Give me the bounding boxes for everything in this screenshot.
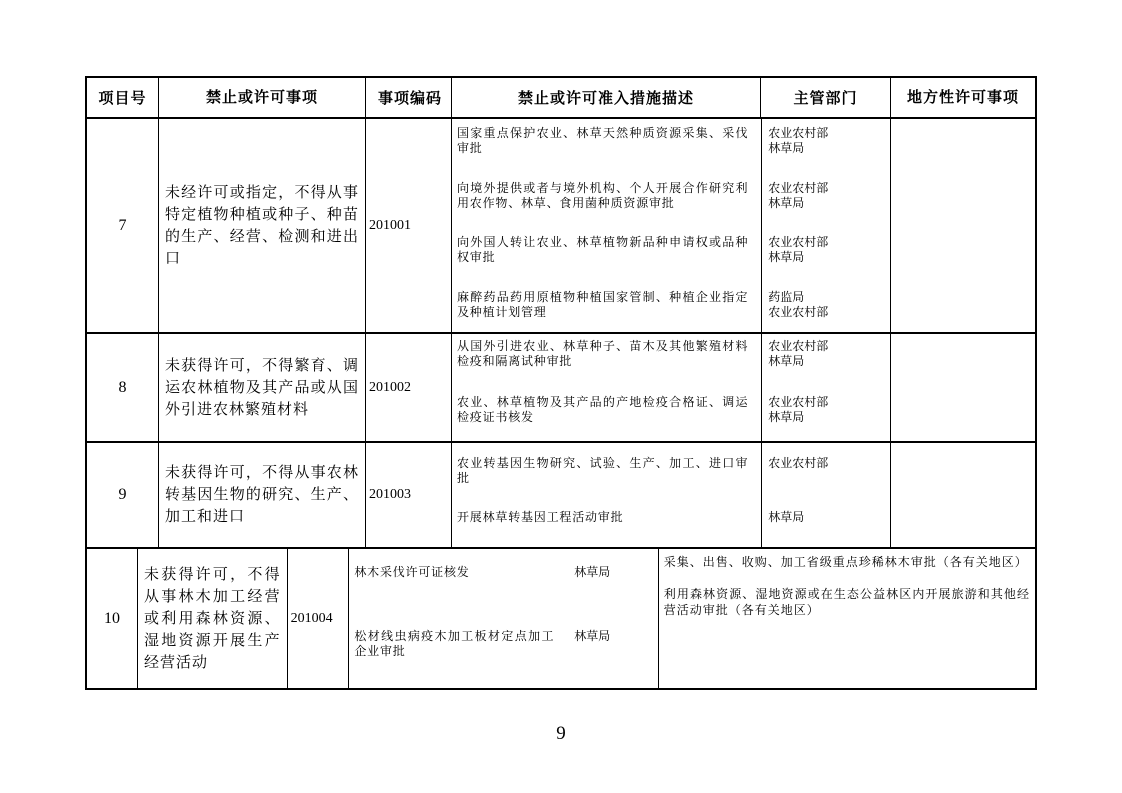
measures-cell: 国家重点保护农业、林草天然种质资源采集、采伐审批 农业农村部 林草局 向境外提供…	[452, 119, 891, 332]
matter-cell: 未获得许可，不得从事农林转基因生物的研究、生产、加工和进口	[159, 443, 366, 547]
measure-text: 国家重点保护农业、林草天然种质资源采集、采伐审批	[452, 126, 760, 156]
measure-row: 国家重点保护农业、林草天然种质资源采集、采伐审批 农业农村部 林草局	[452, 126, 890, 156]
code-cell: 201001	[366, 119, 452, 332]
measure-row: 从国外引进农业、林草种子、苗木及其他繁殖材料检疫和隔离试种审批 农业农村部 林草…	[452, 339, 890, 369]
measure-text: 松材线虫病疫木加工板材定点加工企业审批	[349, 629, 566, 659]
item-no: 8	[87, 334, 159, 441]
measure-text: 农业转基因生物研究、试验、生产、加工、进口审批	[452, 456, 760, 486]
measure-dept: 林草局	[760, 510, 890, 525]
measure-dept: 农业农村部 林草局	[760, 395, 890, 425]
local-item: 采集、出售、收购、加工省级重点珍稀林木审批（各有关地区）	[664, 554, 1030, 570]
column-divider	[761, 334, 762, 441]
local-cell	[891, 119, 1035, 332]
column-divider	[761, 119, 762, 332]
col-header-code: 事项编码	[366, 78, 452, 117]
measures-cell: 林木采伐许可证核发 林草局 松材线虫病疫木加工板材定点加工企业审批 林草局	[349, 549, 658, 688]
local-cell	[891, 334, 1035, 441]
measure-dept: 农业农村部	[760, 456, 890, 471]
item-no: 9	[87, 443, 159, 547]
measure-row: 开展林草转基因工程活动审批 林草局	[452, 510, 890, 525]
measure-dept: 农业农村部 林草局	[760, 339, 890, 369]
measures-cell: 从国外引进农业、林草种子、苗木及其他繁殖材料检疫和隔离试种审批 农业农村部 林草…	[452, 334, 891, 441]
col-header-item-no: 项目号	[87, 78, 159, 117]
col-header-measures: 禁止或许可准入措施描述	[452, 78, 761, 117]
table-header-row: 项目号 禁止或许可事项 事项编码 禁止或许可准入措施描述 主管部门 地方性许可事…	[87, 78, 1035, 119]
measure-text: 从国外引进农业、林草种子、苗木及其他繁殖材料检疫和隔离试种审批	[452, 339, 760, 369]
col-header-matter: 禁止或许可事项	[159, 78, 366, 117]
table-row: 8 未获得许可，不得繁育、调运农林植物及其产品或从国外引进农林繁殖材料 2010…	[87, 334, 1035, 443]
measure-dept: 药监局 农业农村部	[760, 290, 890, 320]
measures-cell: 农业转基因生物研究、试验、生产、加工、进口审批 农业农村部 开展林草转基因工程活…	[452, 443, 891, 547]
matter-text: 未获得许可，不得从事农林转基因生物的研究、生产、加工和进口	[165, 462, 359, 528]
document-page: 项目号 禁止或许可事项 事项编码 禁止或许可准入措施描述 主管部门 地方性许可事…	[0, 0, 1122, 793]
col-header-dept: 主管部门	[761, 78, 891, 117]
item-no: 10	[87, 549, 138, 688]
matter-cell: 未经许可或指定，不得从事特定植物种植或种子、种苗的生产、经营、检测和进出口	[159, 119, 366, 332]
measure-text: 向外国人转让农业、林草植物新品种申请权或品种权审批	[452, 235, 760, 265]
measure-row: 农业、林草植物及其产品的产地检疫合格证、调运检疫证书核发 农业农村部 林草局	[452, 395, 890, 425]
table-row: 7 未经许可或指定，不得从事特定植物种植或种子、种苗的生产、经营、检测和进出口 …	[87, 119, 1035, 334]
matter-cell: 未获得许可，不得从事林木加工经营或利用森林资源、湿地资源开展生产经营活动	[138, 549, 288, 688]
matter-text: 未获得许可，不得从事林木加工经营或利用森林资源、湿地资源开展生产经营活动	[144, 564, 281, 674]
table-row: 10 未获得许可，不得从事林木加工经营或利用森林资源、湿地资源开展生产经营活动 …	[87, 549, 1035, 688]
matter-text: 未经许可或指定，不得从事特定植物种植或种子、种苗的生产、经营、检测和进出口	[165, 182, 359, 270]
measure-dept: 农业农村部 林草局	[760, 235, 890, 265]
matter-cell: 未获得许可，不得繁育、调运农林植物及其产品或从国外引进农林繁殖材料	[159, 334, 366, 441]
col-header-local: 地方性许可事项	[891, 78, 1035, 117]
measure-text: 开展林草转基因工程活动审批	[452, 510, 760, 525]
local-cell: 采集、出售、收购、加工省级重点珍稀林木审批（各有关地区） 利用森林资源、湿地资源…	[659, 549, 1035, 688]
measure-text: 农业、林草植物及其产品的产地检疫合格证、调运检疫证书核发	[452, 395, 760, 425]
matter-text: 未获得许可，不得繁育、调运农林植物及其产品或从国外引进农林繁殖材料	[165, 355, 359, 421]
measure-row: 向外国人转让农业、林草植物新品种申请权或品种权审批 农业农村部 林草局	[452, 235, 890, 265]
measure-row: 向境外提供或者与境外机构、个人开展合作研究利用农作物、林草、食用菌种质资源审批 …	[452, 181, 890, 211]
code-cell: 201004	[288, 549, 350, 688]
permit-table: 项目号 禁止或许可事项 事项编码 禁止或许可准入措施描述 主管部门 地方性许可事…	[85, 76, 1037, 690]
measure-row: 松材线虫病疫木加工板材定点加工企业审批 林草局	[349, 629, 657, 659]
measure-row: 林木采伐许可证核发 林草局	[349, 565, 657, 580]
code-cell: 201003	[366, 443, 452, 547]
measure-dept: 农业农村部 林草局	[760, 126, 890, 156]
table-row: 9 未获得许可，不得从事农林转基因生物的研究、生产、加工和进口 201003 农…	[87, 443, 1035, 549]
measure-row: 农业转基因生物研究、试验、生产、加工、进口审批 农业农村部	[452, 456, 890, 486]
item-no: 7	[87, 119, 159, 332]
local-cell	[891, 443, 1035, 547]
measure-dept: 林草局	[566, 629, 658, 644]
local-item: 利用森林资源、湿地资源或在生态公益林区内开展旅游和其他经营活动审批（各有关地区）	[664, 586, 1030, 618]
measure-row: 麻醉药品药用原植物种植国家管制、种植企业指定及种植计划管理 药监局 农业农村部	[452, 290, 890, 320]
measure-text: 林木采伐许可证核发	[349, 565, 566, 580]
measure-text: 向境外提供或者与境外机构、个人开展合作研究利用农作物、林草、食用菌种质资源审批	[452, 181, 760, 211]
column-divider	[761, 443, 762, 547]
measure-dept: 农业农村部 林草局	[760, 181, 890, 211]
code-cell: 201002	[366, 334, 452, 441]
page-number: 9	[85, 723, 1037, 745]
measure-dept: 林草局	[566, 565, 658, 580]
measure-text: 麻醉药品药用原植物种植国家管制、种植企业指定及种植计划管理	[452, 290, 760, 320]
